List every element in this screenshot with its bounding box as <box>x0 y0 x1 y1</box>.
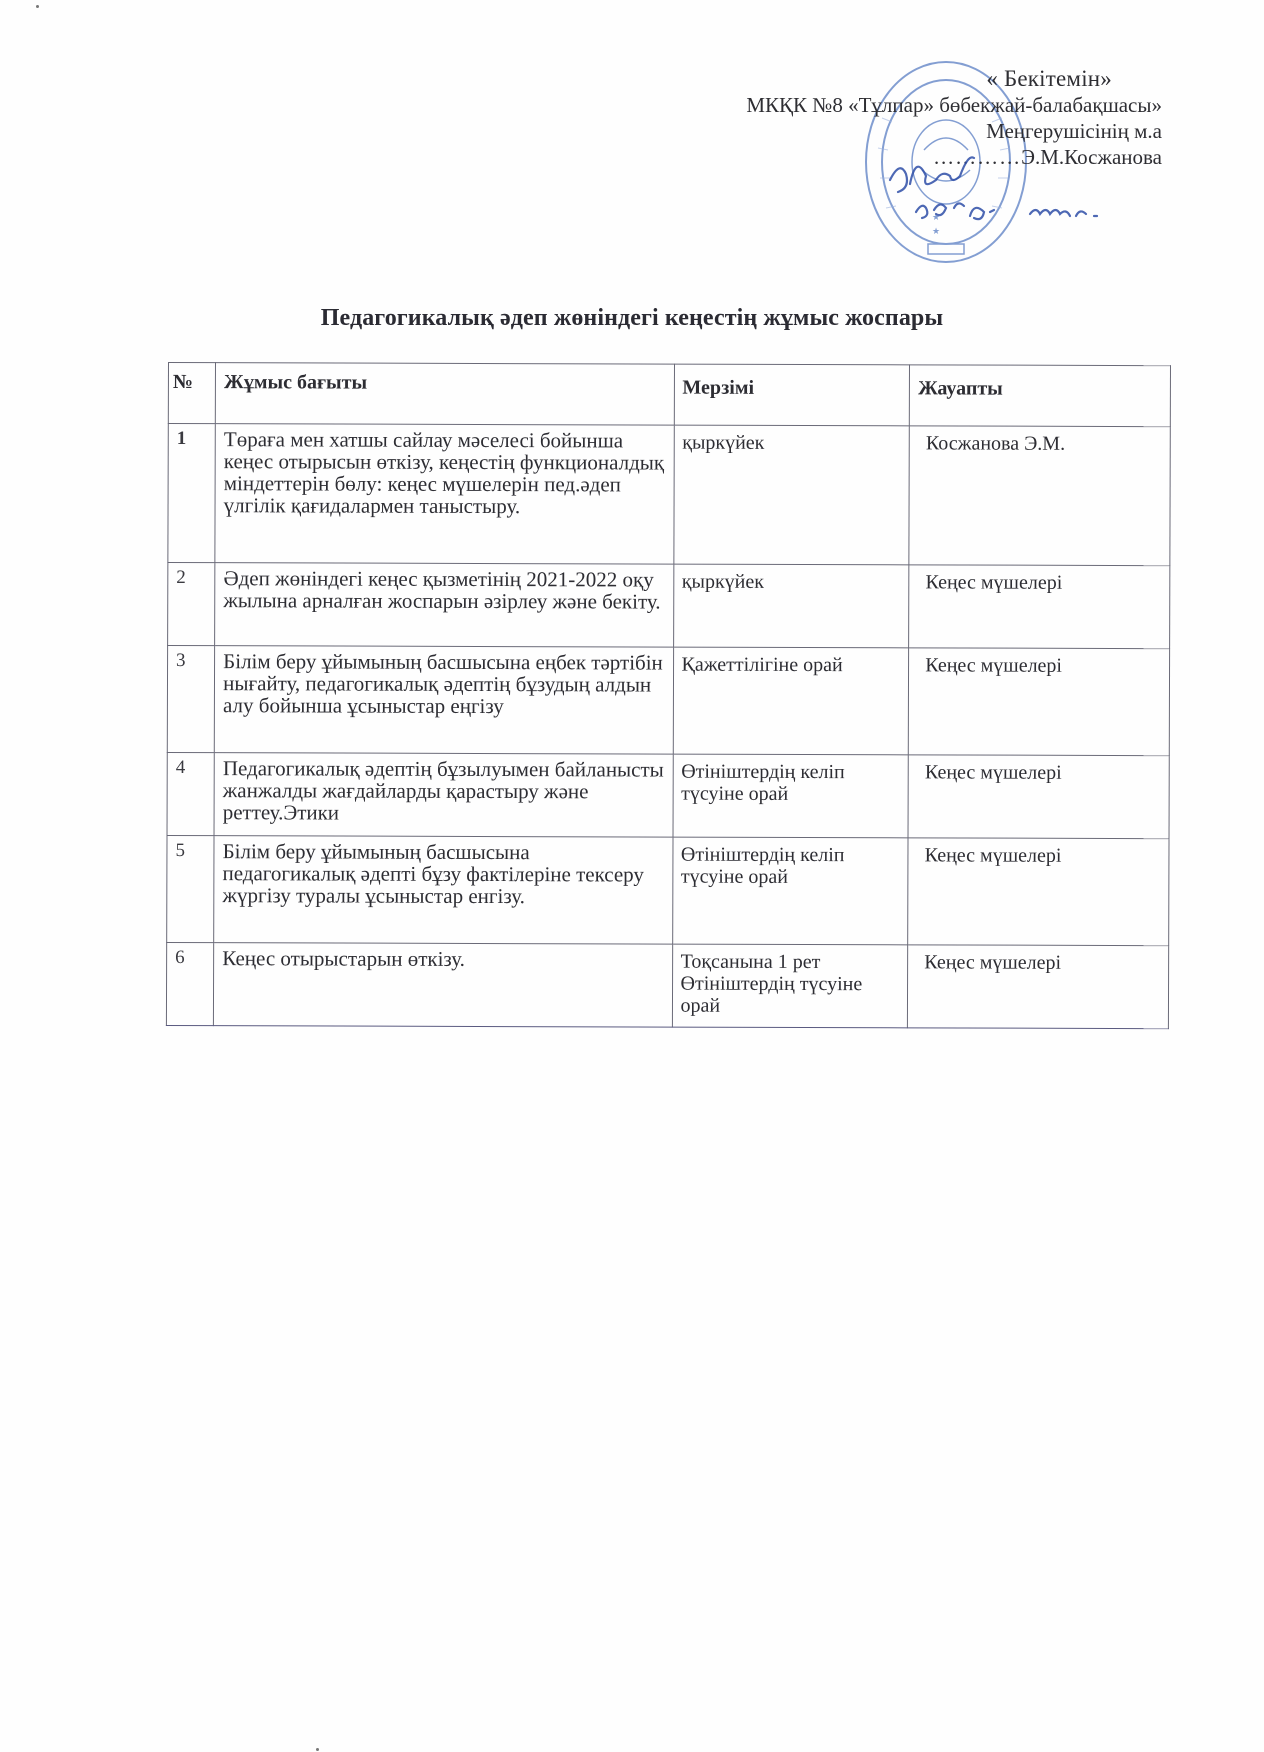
header-deadline: Мерзімі <box>674 364 910 426</box>
document-title: Педагогикалық әдеп жөніндегі кеңестің жұ… <box>0 305 1264 332</box>
row-deadline: Өтініштердің келіп түсуіне орай <box>672 837 908 945</box>
row-deadline: Қажеттілігіне орай <box>673 647 909 755</box>
row-responsible: Кеңес мүшелері <box>909 565 1170 649</box>
row-direction: Төраға мен хатшы сайлау мәселесі бойынша… <box>215 424 674 564</box>
row-responsible: Косжанова Э.М. <box>909 426 1170 566</box>
row-number: 1 <box>168 424 216 563</box>
organization-name: МКҚК №8 «Тұлпар» бөбекжай-балабақшасы» <box>746 92 1162 118</box>
row-direction: Кеңес отырыстарын өткізу. <box>214 943 673 1027</box>
table-row: 4 Педагогикалық әдептің бұзылуымен байла… <box>167 752 1169 838</box>
table-row: 6 Кеңес отырыстарын өткізу. Тоқсанына 1 … <box>166 942 1168 1028</box>
scan-speck <box>36 5 39 8</box>
work-plan-table: № Жұмыс бағыты Мерзімі Жауапты 1 Төраға … <box>166 362 1171 1029</box>
row-direction: Әдеп жөніндегі кеңес қызметінің 2021-202… <box>215 563 674 647</box>
row-number: 5 <box>167 835 214 942</box>
row-number: 3 <box>167 646 214 753</box>
row-responsible: Кеңес мүшелері <box>908 648 1169 756</box>
row-direction: Білім беру ұйымының басшысына еңбек тәрт… <box>214 646 673 754</box>
table-header-row: № Жұмыс бағыты Мерзімі Жауапты <box>168 363 1170 427</box>
row-deadline: Өтініштердің келіп түсуіне орай <box>673 754 909 838</box>
row-deadline: қыркүйек <box>673 425 909 565</box>
handwritten-signature-icon <box>880 150 1140 240</box>
row-deadline: қыркүйек <box>673 564 909 648</box>
row-number: 6 <box>166 942 213 1025</box>
signatory-position: Меңгерушісінің м.а <box>746 118 1162 144</box>
row-deadline: Тоқсанына 1 рет Өтініштердің түсуіне ора… <box>672 944 908 1028</box>
table-row: 3 Білім беру ұйымының басшысына еңбек тә… <box>167 646 1169 756</box>
row-direction: Педагогикалық әдептің бұзылуымен байланы… <box>214 753 673 837</box>
row-responsible: Кеңес мүшелері <box>908 755 1169 839</box>
row-responsible: Кеңес мүшелері <box>908 838 1169 946</box>
header-number: № <box>168 363 215 424</box>
table-row: 1 Төраға мен хатшы сайлау мәселесі бойын… <box>168 424 1170 566</box>
row-responsible: Кеңес мүшелері <box>908 945 1169 1029</box>
header-direction: Жұмыс бағыты <box>215 363 674 425</box>
row-number: 2 <box>168 563 215 646</box>
approve-heading: « Бекітемін» <box>746 66 1162 92</box>
document-page: ★ ★ « Бекітемін» МКҚК №8 «Тұлпар» бөбекж… <box>0 0 1264 1752</box>
row-direction: Білім беру ұйымының басшысына педагогика… <box>214 836 673 944</box>
scan-speck <box>316 1748 319 1751</box>
table-row: 2 Әдеп жөніндегі кеңес қызметінің 2021-2… <box>168 563 1170 649</box>
row-number: 4 <box>167 752 214 835</box>
table-row: 5 Білім беру ұйымының басшысына педагоги… <box>167 835 1169 945</box>
header-responsible: Жауапты <box>910 365 1171 427</box>
